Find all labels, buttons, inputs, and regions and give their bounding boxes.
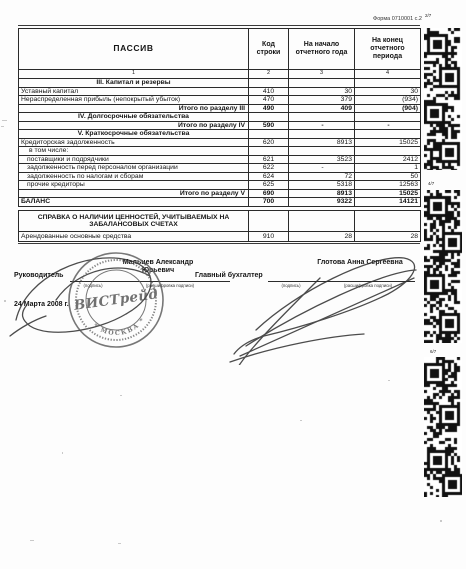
row-end-value: -	[355, 121, 421, 130]
balance-sheet-table: ПАССИВ Код строки На начало отчетного го…	[18, 28, 421, 207]
row-start-value	[289, 147, 355, 156]
row-end-value: 2412	[355, 155, 421, 164]
stamp-company-name: ВИСТрейд	[72, 286, 159, 314]
form-reference: Форма 0710001 с.2	[334, 16, 422, 22]
table-row: Итого по разделу V690891315025	[19, 189, 421, 198]
row-code	[249, 113, 289, 122]
scan-noise	[300, 420, 302, 421]
empty-cell	[355, 211, 421, 232]
row-start-value: 28	[289, 232, 355, 242]
row-end-value	[355, 147, 421, 156]
spravka-rows: Арендованные основные средства9102828	[19, 232, 421, 242]
signature-caption: (подпись)	[270, 283, 312, 288]
qr-code-strip	[424, 190, 462, 343]
scan-noise	[2, 120, 7, 121]
off-balance-header-row: СПРАВКА О НАЛИЧИИ ЦЕННОСТЕЙ, УЧИТЫВАЕМЫХ…	[19, 211, 421, 232]
row-end-value: 1	[355, 164, 421, 173]
column-number: 3	[289, 70, 355, 79]
row-label: Уставный капитал	[19, 87, 249, 96]
row-label: Итого по разделу IV	[19, 121, 249, 130]
balance-rows: III. Капитал и резервыУставный капитал41…	[19, 79, 421, 207]
scanned-balance-sheet-page: Форма 0710001 с.2 2/7 4/7 6/7 ПАССИВ Код…	[0, 0, 466, 569]
qr-code-strip	[424, 357, 462, 497]
row-label: Арендованные основные средства	[19, 232, 249, 242]
scan-noise	[388, 380, 390, 381]
row-code: 910	[249, 232, 289, 242]
signature-date: 24 Марта 2008 г.	[14, 301, 69, 308]
table-row: поставщики и подрядчики62135232412	[19, 155, 421, 164]
row-end-value: 12563	[355, 181, 421, 190]
row-code: 690	[249, 189, 289, 198]
page-marker: 4/7	[428, 181, 434, 186]
row-label: Нераспределенная прибыль (непокрытый убы…	[19, 96, 249, 105]
row-start-value: 3523	[289, 155, 355, 164]
stamp-city-text: * МОСКВА *	[91, 315, 149, 340]
row-code	[249, 147, 289, 156]
passiv-header: ПАССИВ	[19, 29, 249, 70]
row-code: 624	[249, 172, 289, 181]
row-label: задолженность перед персоналом организац…	[19, 164, 249, 173]
table-row: БАЛАНС700932214121	[19, 198, 421, 207]
code-column-header: Код строки	[249, 29, 289, 70]
table-row: Нераспределенная прибыль (непокрытый убы…	[19, 96, 421, 105]
row-start-value	[289, 79, 355, 88]
row-label: БАЛАНС	[19, 198, 249, 207]
table-row: Итого по разделу III490409(904)	[19, 104, 421, 113]
scan-noise	[1, 126, 4, 127]
off-balance-table: СПРАВКА О НАЛИЧИИ ЦЕННОСТЕЙ, УЧИТЫВАЕМЫХ…	[18, 210, 421, 242]
row-start-value: 30	[289, 87, 355, 96]
column-number: 2	[249, 70, 289, 79]
scan-line	[18, 243, 420, 244]
row-end-value: 14121	[355, 198, 421, 207]
row-code: 620	[249, 138, 289, 147]
scan-noise	[120, 395, 122, 396]
director-signature-line	[70, 281, 230, 282]
scan-noise	[118, 543, 121, 544]
row-label: прочие кредиторы	[19, 181, 249, 190]
table-row: Итого по разделу IV590--	[19, 121, 421, 130]
table-row: задолженность по налогам и сборам6247250	[19, 172, 421, 181]
table-row: прочие кредиторы625531812563	[19, 181, 421, 190]
signature-decipher-caption: (расшифровка подписи)	[322, 283, 414, 288]
chief-accountant-signature-line	[268, 281, 415, 282]
table-row: IV. Долгосрочные обязательства	[19, 113, 421, 122]
row-end-value: (904)	[355, 104, 421, 113]
column-number: 1	[19, 70, 249, 79]
end-of-period-column-header: На конец отчетного периода	[355, 29, 421, 70]
row-end-value: (934)	[355, 96, 421, 105]
row-label: IV. Долгосрочные обязательства	[19, 113, 249, 122]
scan-noise	[30, 540, 34, 541]
row-start-value: 379	[289, 96, 355, 105]
empty-cell	[249, 211, 289, 232]
row-code: 470	[249, 96, 289, 105]
table-row: в том числе:	[19, 147, 421, 156]
row-code: 490	[249, 104, 289, 113]
off-balance-title: СПРАВКА О НАЛИЧИИ ЦЕННОСТЕЙ, УЧИТЫВАЕМЫХ…	[19, 211, 249, 232]
row-label: в том числе:	[19, 147, 249, 156]
table-row: Уставный капитал4103030	[19, 87, 421, 96]
scan-noise	[4, 300, 6, 302]
row-label: III. Капитал и резервы	[19, 79, 249, 88]
row-label: поставщики и подрядчики	[19, 155, 249, 164]
empty-cell	[289, 211, 355, 232]
row-start-value: -	[289, 121, 355, 130]
director-name: Мальцев Александр Юрьевич	[108, 259, 208, 275]
scan-line	[18, 25, 420, 26]
row-label: V. Краткосрочные обязательства	[19, 130, 249, 139]
qr-code-strip	[424, 28, 462, 170]
row-start-value: 8913	[289, 138, 355, 147]
start-of-year-column-header: На начало отчетного года	[289, 29, 355, 70]
row-start-value: 72	[289, 172, 355, 181]
director-role-label: Руководитель	[14, 272, 63, 279]
row-start-value: 409	[289, 104, 355, 113]
table-row: Кредиторская задолженность620891315025	[19, 138, 421, 147]
row-start-value: -	[289, 164, 355, 173]
row-label: задолженность по налогам и сборам	[19, 172, 249, 181]
row-label: Кредиторская задолженность	[19, 138, 249, 147]
table-row: Арендованные основные средства9102828	[19, 232, 421, 242]
qr-code-canvas	[424, 28, 462, 170]
row-code: 590	[249, 121, 289, 130]
page-marker: 2/7	[425, 13, 431, 18]
row-end-value: 50	[355, 172, 421, 181]
row-end-value	[355, 79, 421, 88]
row-code	[249, 79, 289, 88]
row-start-value	[289, 113, 355, 122]
table-row: задолженность перед персоналом организац…	[19, 164, 421, 173]
row-code: 700	[249, 198, 289, 207]
table-row: V. Краткосрочные обязательства	[19, 130, 421, 139]
row-code: 622	[249, 164, 289, 173]
column-number-row: 1 2 3 4	[19, 70, 421, 79]
column-number: 4	[355, 70, 421, 79]
row-end-value: 15025	[355, 189, 421, 198]
scan-noise	[440, 520, 442, 522]
page-marker: 6/7	[430, 349, 436, 354]
row-end-value: 30	[355, 87, 421, 96]
chief-accountant-role-label: Главный бухгалтер	[195, 272, 263, 279]
svg-text:* МОСКВА *: * МОСКВА *	[91, 315, 149, 340]
row-end-value: 28	[355, 232, 421, 242]
row-start-value: 8913	[289, 189, 355, 198]
row-label: Итого по разделу V	[19, 189, 249, 198]
qr-code-canvas	[424, 190, 462, 343]
signature-caption: (подпись)	[72, 283, 114, 288]
row-start-value: 5318	[289, 181, 355, 190]
row-start-value	[289, 130, 355, 139]
signature-decipher-caption: (расшифровка подписи)	[120, 283, 220, 288]
table-header-row: ПАССИВ Код строки На начало отчетного го…	[19, 29, 421, 70]
row-code: 625	[249, 181, 289, 190]
company-round-stamp: ВИСТрейд * МОСКВА *	[52, 238, 184, 366]
row-end-value: 15025	[355, 138, 421, 147]
row-code	[249, 130, 289, 139]
row-end-value	[355, 113, 421, 122]
table-row: III. Капитал и резервы	[19, 79, 421, 88]
chief-accountant-name: Глотова Анна Сергеевна	[315, 259, 405, 267]
scan-noise	[62, 452, 63, 454]
row-start-value: 9322	[289, 198, 355, 207]
row-code: 621	[249, 155, 289, 164]
row-code: 410	[249, 87, 289, 96]
qr-code-canvas	[424, 357, 462, 497]
row-label: Итого по разделу III	[19, 104, 249, 113]
row-end-value	[355, 130, 421, 139]
